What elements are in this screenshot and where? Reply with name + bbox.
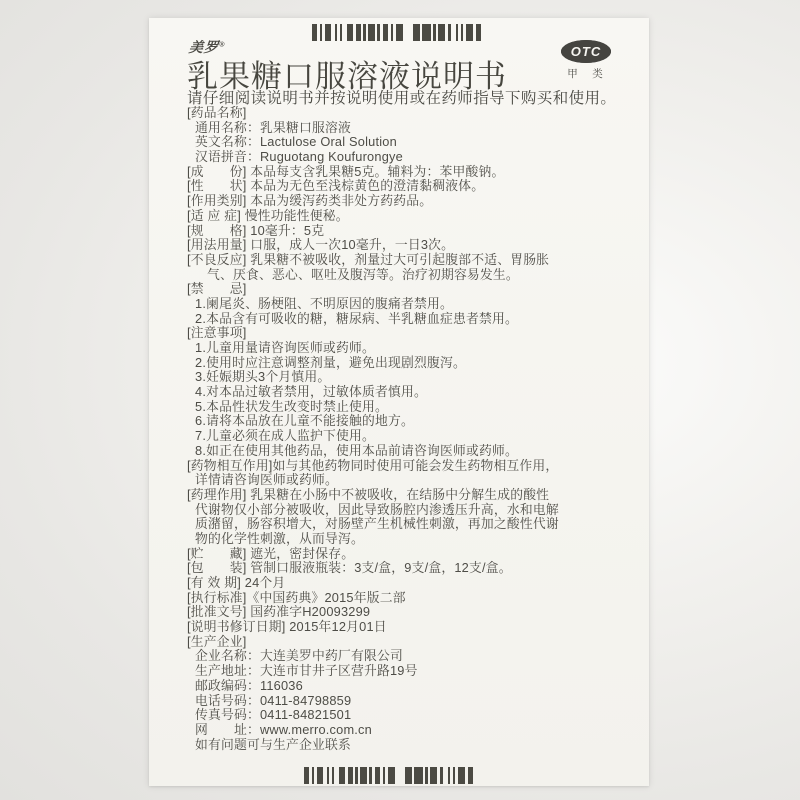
leaflet-line: 网 址：www.merro.com.cn (149, 723, 649, 738)
leaflet-line: [用法用量] 口服，成人一次10毫升，一日3次。 (149, 238, 649, 253)
leaflet-line: 生产地址：大连市甘井子区营升路19号 (149, 664, 649, 679)
leaflet-line: [有 效 期] 24个月 (149, 576, 649, 591)
leaflet-line: 代谢物仅小部分被吸收，因此导致肠腔内渗透压升高，水和电解 (149, 503, 649, 518)
leaflet-line: 通用名称：乳果糖口服溶液 (149, 121, 649, 136)
leaflet-line: 1.阑尾炎、肠梗阻、不明原因的腹痛者禁用。 (149, 297, 649, 312)
barcode-bottom-icon (304, 767, 473, 784)
leaflet-line: [不良反应] 乳果糖不被吸收，剂量过大可引起腹部不适、胃肠胀 (149, 253, 649, 268)
leaflet-line: 汉语拼音：Ruguotang Koufurongye (149, 150, 649, 165)
otc-class-label: 甲 类 (555, 66, 617, 81)
leaflet-line: 英文名称：Lactulose Oral Solution (149, 135, 649, 150)
otc-oval-icon: OTC (561, 40, 611, 63)
leaflet-line: [执行标准]《中国药典》2015年版二部 (149, 591, 649, 606)
leaflet-line: 传真号码：0411-84821501 (149, 708, 649, 723)
leaflet-line: 2.本品含有可吸收的糖，糖尿病、半乳糖血症患者禁用。 (149, 312, 649, 327)
usage-notice: 请仔细阅读说明书并按说明使用或在药师指导下购买和使用。 (187, 86, 616, 108)
leaflet-line: [贮 藏] 遮光，密封保存。 (149, 547, 649, 562)
leaflet-line: 气、厌食、恶心、呕吐及腹泻等。治疗初期容易发生。 (149, 268, 649, 283)
leaflet-line: 企业名称：大连美罗中药厂有限公司 (149, 649, 649, 664)
leaflet-line: 8.如正在使用其他药品，使用本品前请咨询医师或药师。 (149, 444, 649, 459)
leaflet-paper: 美罗® 乳果糖口服溶液说明书 OTC 甲 类 请仔细阅读说明书并按说明使用或在药… (149, 18, 649, 786)
photo-background: 美罗® 乳果糖口服溶液说明书 OTC 甲 类 请仔细阅读说明书并按说明使用或在药… (0, 0, 800, 800)
leaflet-line: [性 状] 本品为无色至浅棕黄色的澄清黏稠液体。 (149, 179, 649, 194)
leaflet-line: [规 格] 10毫升：5克 (149, 224, 649, 239)
barcode-top-icon (312, 24, 481, 41)
leaflet-line: 详情请咨询医师或药师。 (149, 473, 649, 488)
leaflet-line: [药理作用] 乳果糖在小肠中不被吸收，在结肠中分解生成的酸性 (149, 488, 649, 503)
leaflet-line: 如有问题可与生产企业联系 (149, 738, 649, 753)
leaflet-line: 质潴留，肠容积增大，对肠壁产生机械性刺激，再加之酸性代谢 (149, 517, 649, 532)
leaflet-line: 电话号码：0411-84798859 (149, 694, 649, 709)
otc-label: OTC (571, 44, 601, 59)
leaflet-line: 4.对本品过敏者禁用，过敏体质者慎用。 (149, 385, 649, 400)
leaflet-line: [成 份] 本品每支含乳果糖5克。辅料为：苯甲酸钠。 (149, 165, 649, 180)
leaflet-line: [禁 忌] (149, 282, 649, 297)
leaflet-line: 5.本品性状发生改变时禁止使用。 (149, 400, 649, 415)
leaflet-line: 2.使用时应注意调整剂量，避免出现剧烈腹泻。 (149, 356, 649, 371)
otc-badge: OTC 甲 类 (555, 40, 617, 81)
registered-mark-icon: ® (219, 41, 226, 48)
leaflet-line: [药品名称] (149, 106, 649, 121)
leaflet-line: [说明书修订日期] 2015年12月01日 (149, 620, 649, 635)
leaflet-line: [批准文号] 国药准字H20093299 (149, 605, 649, 620)
leaflet-line: 物的化学性刺激，从而导泻。 (149, 532, 649, 547)
leaflet-body: [药品名称]通用名称：乳果糖口服溶液英文名称：Lactulose Oral So… (149, 106, 649, 752)
leaflet-line: 3.妊娠期头3个月慎用。 (149, 370, 649, 385)
leaflet-line: [包 装] 管制口服液瓶装：3支/盒，9支/盒，12支/盒。 (149, 561, 649, 576)
leaflet-line: 6.请将本品放在儿童不能接触的地方。 (149, 414, 649, 429)
leaflet-line: [适 应 症] 慢性功能性便秘。 (149, 209, 649, 224)
leaflet-line: 1.儿童用量请咨询医师或药师。 (149, 341, 649, 356)
leaflet-line: [药物相互作用]如与其他药物同时使用可能会发生药物相互作用， (149, 459, 649, 474)
leaflet-line: [注意事项] (149, 326, 649, 341)
leaflet-line: [生产企业] (149, 635, 649, 650)
leaflet-line: [作用类别] 本品为缓泻药类非处方药药品。 (149, 194, 649, 209)
leaflet-line: 邮政编码：116036 (149, 679, 649, 694)
leaflet-line: 7.儿童必须在成人监护下使用。 (149, 429, 649, 444)
